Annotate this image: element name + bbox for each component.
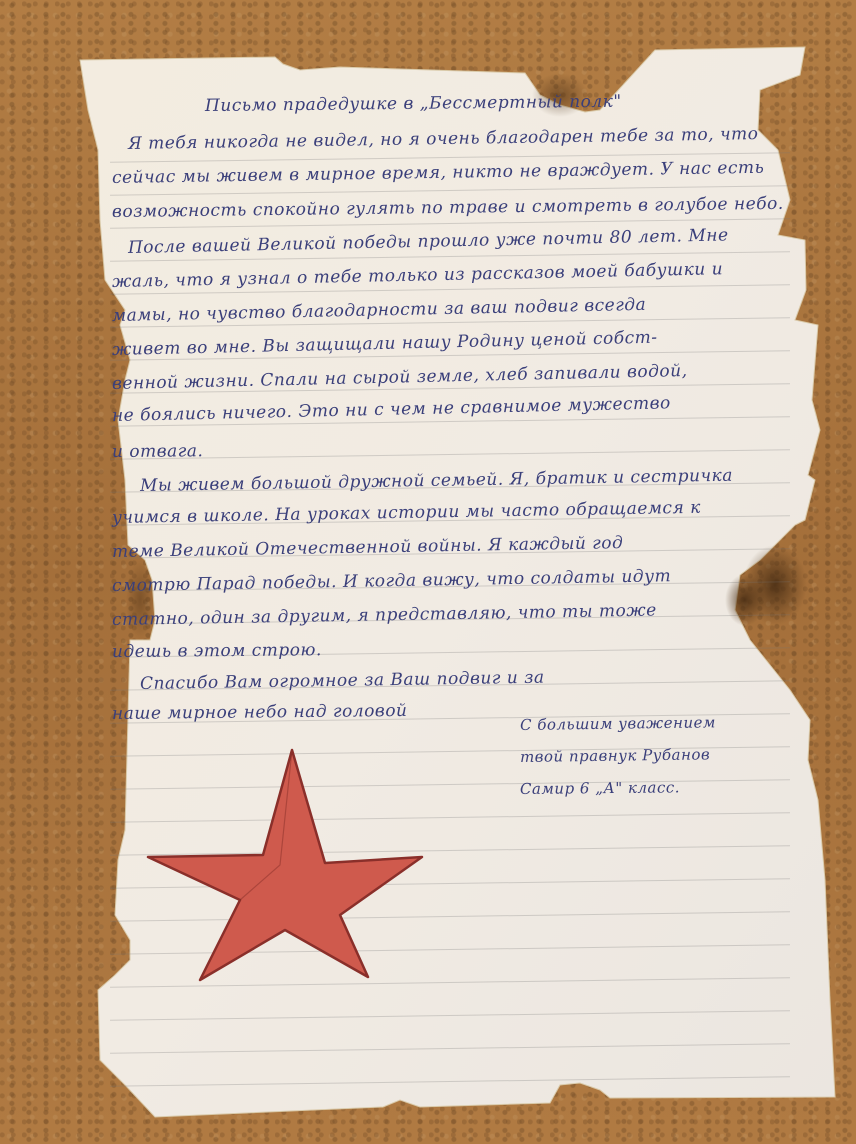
letter-content: Письмо прадедушке в „Бессмертный полк" Я…	[0, 0, 856, 1144]
signature-line: твой правнук Рубанов	[520, 745, 710, 766]
text-line: Я тебя никогда не видел, но я очень благ…	[128, 124, 759, 154]
ruled-line	[110, 449, 790, 459]
text-line: Мы живем большой дружной семьей. Я, брат…	[140, 466, 733, 496]
ruled-line	[110, 1043, 790, 1053]
text-line: статно, один за другим, я представляю, ч…	[112, 600, 657, 630]
text-line: и отвага.	[112, 441, 204, 462]
letter-title: Письмо прадедушке в „Бессмертный полк"	[205, 92, 622, 116]
red-star-drawing	[140, 745, 440, 985]
text-line: наше мирное небо над головой	[112, 701, 408, 724]
ruled-line	[110, 1010, 790, 1020]
text-line: теме Великой Отечественной войны. Я кажд…	[112, 533, 624, 562]
text-line: смотрю Парад победы. И когда вижу, что с…	[112, 566, 671, 596]
text-line: сейчас мы живем в мирное время, никто не…	[112, 158, 765, 188]
text-line: учимся в школе. На уроках истории мы час…	[112, 498, 701, 528]
signature-line: С большим уважением	[520, 713, 716, 734]
text-line: Спасибо Вам огромное за Ваш подвиг и за	[140, 668, 545, 694]
ruled-line	[110, 1076, 790, 1086]
text-line: идешь в этом строю.	[112, 640, 322, 662]
signature-line: Самир 6 „А" класс.	[520, 778, 680, 798]
text-line: возможность спокойно гулять по траве и с…	[112, 194, 784, 222]
